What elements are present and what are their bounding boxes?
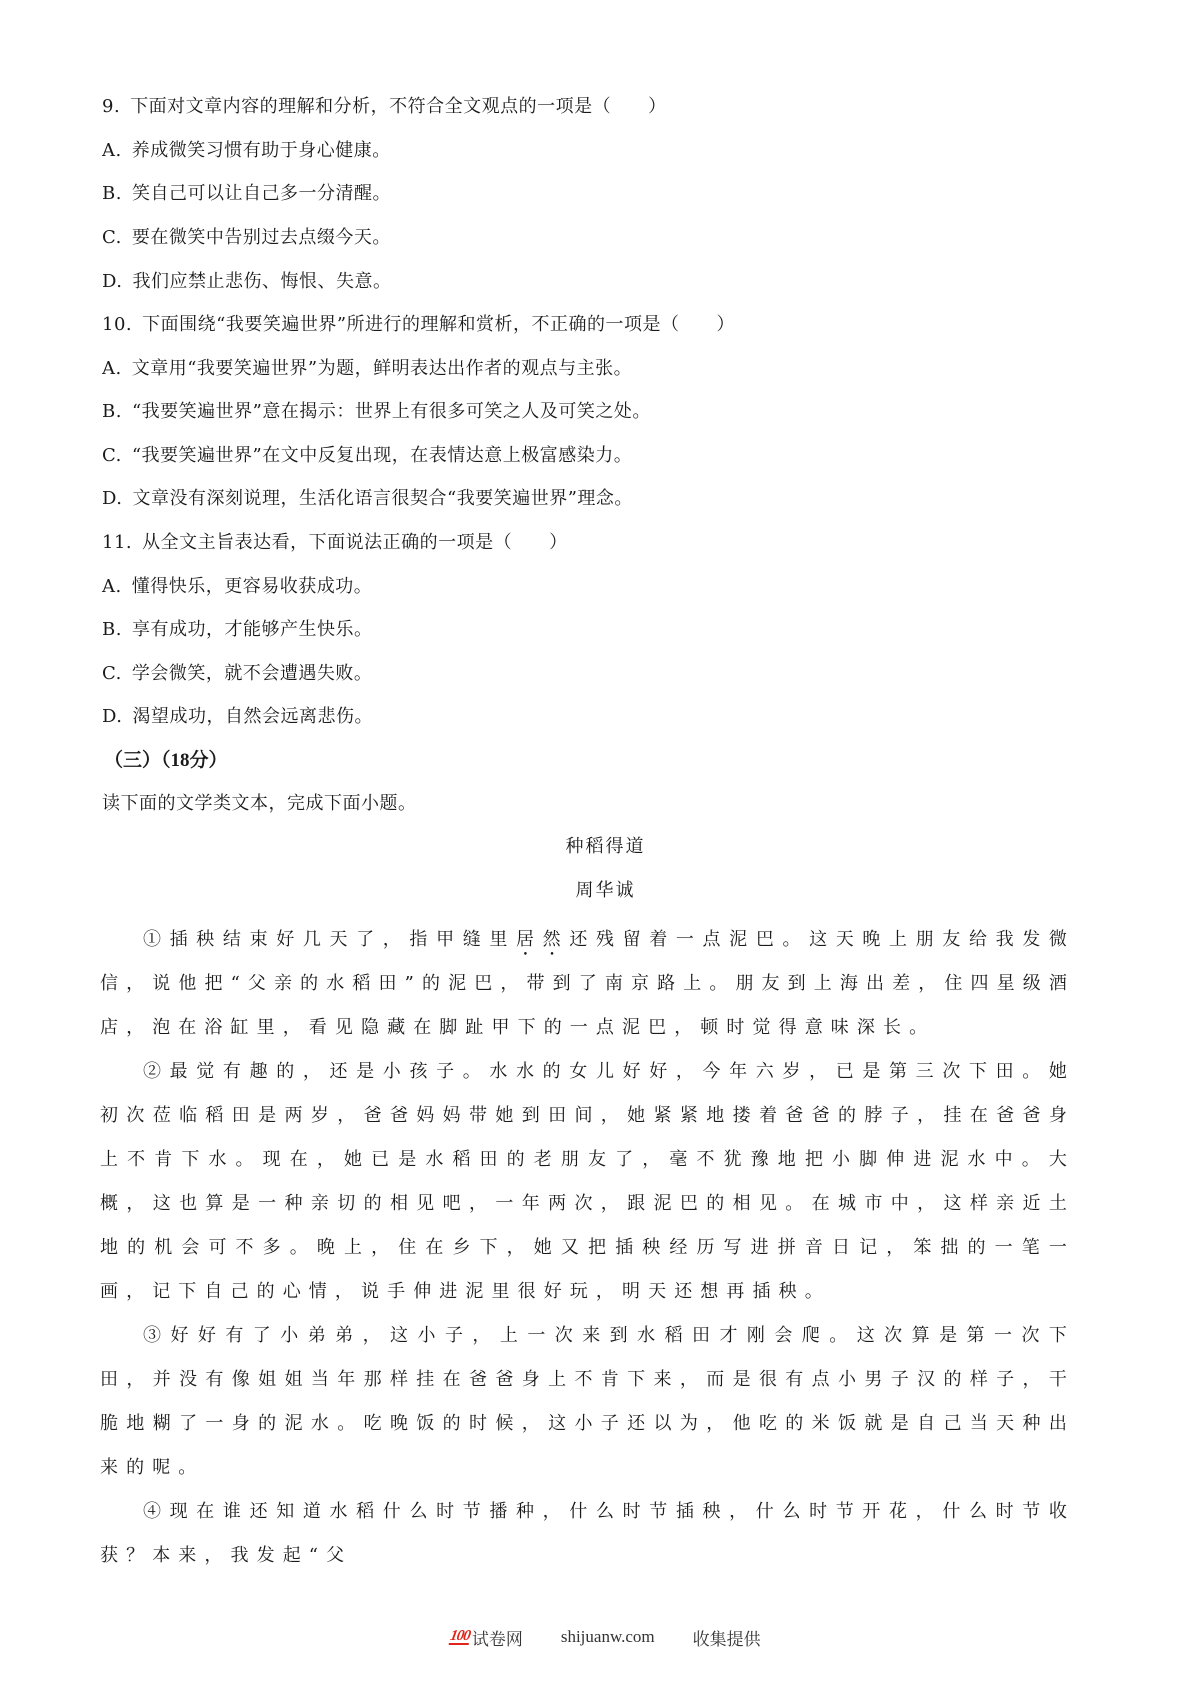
credit-text: 收集提供 — [693, 1625, 761, 1650]
option-text: 文章用“我要笑遍世界”为题，鲜明表达出作者的观点与主张。 — [132, 358, 632, 379]
option-text: 我们应禁止悲伤、悔恨、失意。 — [133, 271, 392, 292]
paragraph-text: ①插秧结束好几天了，指甲缝里 — [143, 929, 516, 950]
article-author: 周华诚 — [0, 876, 1191, 906]
article-body: ①插秧结束好几天了，指甲缝里居然还残留着一点泥巴。这天晚上朋友给我发微信，说他把… — [100, 918, 1075, 1578]
question-11-stem: 11.从全文主旨表达看，下面说法正确的一项是（ ） — [102, 528, 568, 558]
option-label: C. — [102, 659, 122, 689]
question-number: 9. — [102, 92, 120, 122]
article-title: 种稻得道 — [0, 832, 1191, 862]
question-11-option-b: B.享有成功，才能够产生快乐。 — [102, 615, 372, 645]
option-label: A. — [102, 572, 122, 602]
section-heading: （三）（18分） — [104, 746, 228, 776]
option-text: 学会微笑，就不会遭遇失败。 — [132, 663, 373, 684]
paragraph-2: ②最觉有趣的，还是小孩子。水水的女儿好好，今年六岁，已是第三次下田。她初次莅临稻… — [100, 1050, 1075, 1314]
option-text: 要在微笑中告别过去点缀今天。 — [132, 227, 391, 248]
question-9-stem: 9.下面对文章内容的理解和分析，不符合全文观点的一项是（ ） — [102, 92, 667, 122]
logo-text: 试卷网 — [472, 1625, 523, 1650]
option-text: 笑自己可以让自己多一分清醒。 — [132, 183, 391, 204]
question-10-option-b: B.“我要笑遍世界”意在揭示：世界上有很多可笑之人及可笑之处。 — [102, 397, 651, 427]
logo-100-icon: 100 — [449, 1629, 471, 1645]
question-number: 10. — [102, 310, 132, 340]
option-label: C. — [102, 441, 122, 471]
option-text: 懂得快乐，更容易收获成功。 — [132, 576, 373, 597]
option-text: 渴望成功，自然会远离悲伤。 — [133, 706, 374, 727]
question-11-option-d: D.渴望成功，自然会远离悲伤。 — [102, 702, 373, 732]
question-text: 下面围绕“我要笑遍世界”所进行的理解和赏析，不正确的一项是（ ） — [142, 314, 735, 335]
question-10-stem: 10.下面围绕“我要笑遍世界”所进行的理解和赏析，不正确的一项是（ ） — [102, 310, 735, 340]
option-label: B. — [102, 397, 122, 427]
question-9-option-b: B.笑自己可以让自己多一分清醒。 — [102, 179, 391, 209]
page-footer: 100 试卷网 shijuanw.com 收集提供 — [0, 1622, 1191, 1652]
option-label: B. — [102, 179, 122, 209]
question-10-option-d: D.文章没有深刻说理，生活化语言很契合“我要笑遍世界”理念。 — [102, 484, 633, 514]
question-text: 下面对文章内容的理解和分析，不符合全文观点的一项是（ ） — [130, 96, 667, 117]
question-9-option-c: C.要在微笑中告别过去点缀今天。 — [102, 223, 391, 253]
option-label: D. — [102, 702, 123, 732]
option-label: C. — [102, 223, 122, 253]
paragraph-4: ④现在谁还知道水稻什么时节播种，什么时节插秧，什么时节开花，什么时节收获？本来，… — [100, 1490, 1075, 1578]
option-label: D. — [102, 267, 123, 297]
emphasized-word: 居然 — [516, 929, 569, 950]
option-text: “我要笑遍世界”意在揭示：世界上有很多可笑之人及可笑之处。 — [132, 401, 651, 422]
option-text: 享有成功，才能够产生快乐。 — [132, 619, 373, 640]
option-label: B. — [102, 615, 122, 645]
question-9-option-a: A.养成微笑习惯有助于身心健康。 — [102, 136, 391, 166]
question-11-option-a: A.懂得快乐，更容易收获成功。 — [102, 572, 372, 602]
option-text: 养成微笑习惯有助于身心健康。 — [132, 140, 391, 161]
site-logo: 100 试卷网 — [450, 1625, 523, 1650]
site-url: shijuanw.com — [561, 1627, 655, 1647]
option-label: D. — [102, 484, 123, 514]
option-label: A. — [102, 136, 122, 166]
question-11-option-c: C.学会微笑，就不会遭遇失败。 — [102, 659, 372, 689]
question-9-option-d: D.我们应禁止悲伤、悔恨、失意。 — [102, 267, 392, 297]
section-instruction: 读下面的文学类文本，完成下面小题。 — [102, 789, 417, 819]
paragraph-3: ③好好有了小弟弟，这小子，上一次来到水稻田才刚会爬。这次算是第一次下田，并没有像… — [100, 1314, 1075, 1490]
question-number: 11. — [102, 528, 132, 558]
question-text: 从全文主旨表达看，下面说法正确的一项是（ ） — [142, 532, 568, 553]
paragraph-1: ①插秧结束好几天了，指甲缝里居然还残留着一点泥巴。这天晚上朋友给我发微信，说他把… — [100, 918, 1075, 1050]
option-text: 文章没有深刻说理，生活化语言很契合“我要笑遍世界”理念。 — [133, 488, 633, 509]
option-text: “我要笑遍世界”在文中反复出现，在表情达意上极富感染力。 — [132, 445, 632, 466]
question-10-option-c: C.“我要笑遍世界”在文中反复出现，在表情达意上极富感染力。 — [102, 441, 632, 471]
exam-page: 9.下面对文章内容的理解和分析，不符合全文观点的一项是（ ） A.养成微笑习惯有… — [0, 0, 1191, 1684]
option-label: A. — [102, 354, 122, 384]
question-10-option-a: A.文章用“我要笑遍世界”为题，鲜明表达出作者的观点与主张。 — [102, 354, 632, 384]
